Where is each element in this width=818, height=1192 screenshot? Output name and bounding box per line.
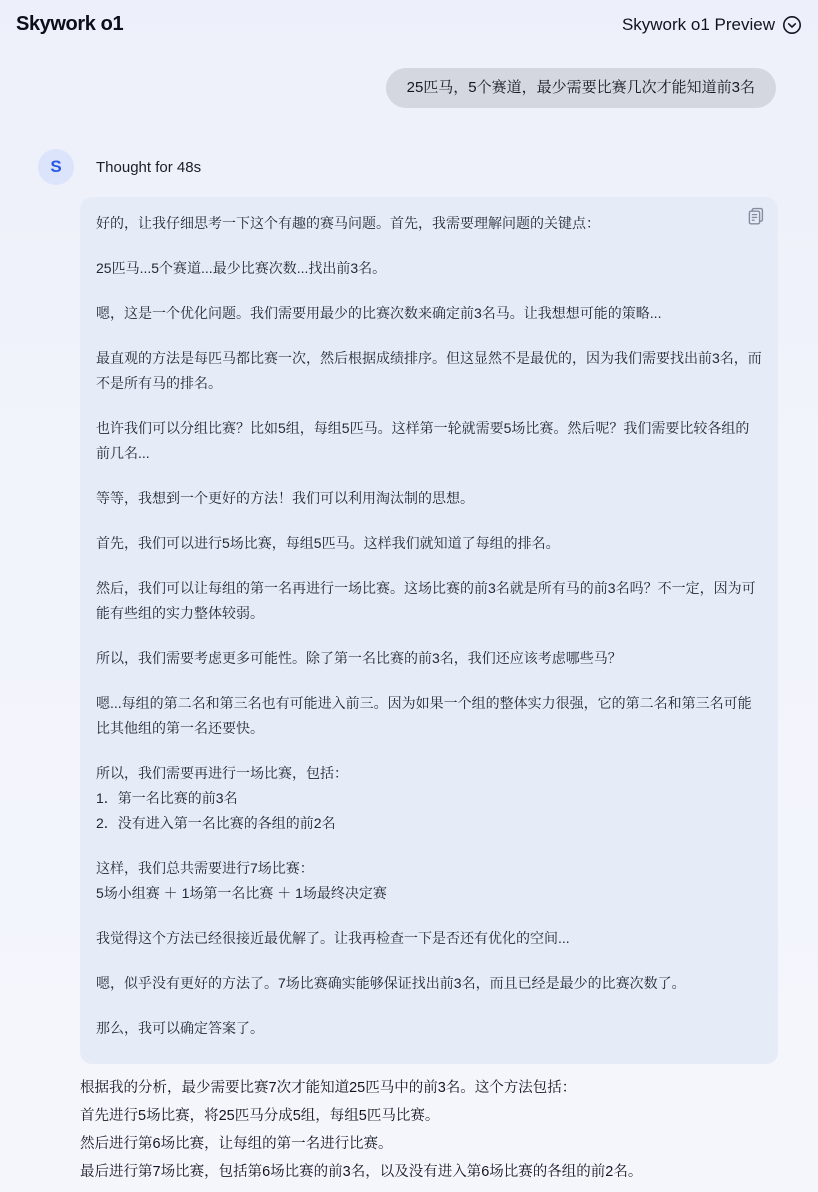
- thinking-line: 嗯...每组的第二名和第三名也有可能进入前三。因为如果一个组的整体实力很强，它的…: [96, 691, 762, 741]
- thinking-paragraph: 嗯...每组的第二名和第三名也有可能进入前三。因为如果一个组的整体实力很强，它的…: [96, 691, 762, 741]
- app-title: Skywork o1: [16, 13, 123, 36]
- thought-duration-label: Thought for 48s: [96, 159, 201, 176]
- thinking-line: 所以，我们需要再进行一场比赛，包括：: [96, 761, 762, 786]
- thinking-paragraph: 也许我们可以分组比赛？比如5组，每组5匹马。这样第一轮就需要5场比赛。然后呢？我…: [96, 416, 762, 466]
- answer-line: 根据我的分析，最少需要比赛7次才能知道25匹马中的前3名。这个方法包括：: [80, 1076, 780, 1101]
- thinking-paragraph: 嗯，这是一个优化问题。我们需要用最少的比赛次数来确定前3名马。让我想想可能的策略…: [96, 301, 762, 326]
- thinking-paragraph: 那么，我可以确定答案了。: [96, 1016, 762, 1041]
- thinking-paragraph: 所以，我们需要再进行一场比赛，包括：1．第一名比赛的前3名2．没有进入第一名比赛…: [96, 761, 762, 836]
- thinking-line: 首先，我们可以进行5场比赛，每组5匹马。这样我们就知道了每组的排名。: [96, 531, 762, 556]
- model-selector[interactable]: Skywork o1 Preview: [622, 15, 802, 35]
- chat-page: Skywork o1 Skywork o1 Preview 25匹马，5个赛道，…: [0, 0, 818, 1192]
- app-header: Skywork o1 Skywork o1 Preview: [0, 0, 818, 40]
- thinking-paragraph: 嗯，似乎没有更好的方法了。7场比赛确实能够保证找出前3名，而且已经是最少的比赛次…: [96, 971, 762, 996]
- thinking-paragraph: 首先，我们可以进行5场比赛，每组5匹马。这样我们就知道了每组的排名。: [96, 531, 762, 556]
- answer-line: 然后进行第6场比赛，让每组的第一名进行比赛。: [80, 1132, 780, 1157]
- thinking-line: 25匹马...5个赛道...最少比赛次数...找出前3名。: [96, 256, 762, 281]
- thinking-line: 也许我们可以分组比赛？比如5组，每组5匹马。这样第一轮就需要5场比赛。然后呢？我…: [96, 416, 762, 466]
- assistant-avatar-letter: S: [50, 157, 61, 177]
- thinking-paragraph: 所以，我们需要考虑更多可能性。除了第一名比赛的前3名，我们还应该考虑哪些马？: [96, 646, 762, 671]
- thinking-line: 2．没有进入第一名比赛的各组的前2名: [96, 811, 762, 836]
- thinking-line: 最直观的方法是每匹马都比赛一次，然后根据成绩排序。但这显然不是最优的，因为我们需…: [96, 346, 762, 396]
- answer-line: 最后进行第7场比赛，包括第6场比赛的前3名，以及没有进入第6场比赛的各组的前2名…: [80, 1160, 780, 1185]
- thinking-content: 好的，让我仔细思考一下这个有趣的赛马问题。首先，我需要理解问题的关键点：25匹马…: [96, 211, 762, 1041]
- thinking-paragraph: 25匹马...5个赛道...最少比赛次数...找出前3名。: [96, 256, 762, 281]
- thinking-box: 好的，让我仔细思考一下这个有趣的赛马问题。首先，我需要理解问题的关键点：25匹马…: [80, 197, 778, 1064]
- thinking-line: 等等，我想到一个更好的方法！我们可以利用淘汰制的思想。: [96, 486, 762, 511]
- assistant-answer: 根据我的分析，最少需要比赛7次才能知道25匹马中的前3名。这个方法包括：首先进行…: [80, 1076, 780, 1185]
- thinking-paragraph: 然后，我们可以让每组的第一名再进行一场比赛。这场比赛的前3名就是所有马的前3名吗…: [96, 576, 762, 626]
- thinking-line: 所以，我们需要考虑更多可能性。除了第一名比赛的前3名，我们还应该考虑哪些马？: [96, 646, 762, 671]
- user-message-bubble: 25匹马，5个赛道，最少需要比赛几次才能知道前3名: [386, 68, 776, 108]
- thinking-line: 我觉得这个方法已经很接近最优解了。让我再检查一下是否还有优化的空间...: [96, 926, 762, 951]
- thinking-paragraph: 好的，让我仔细思考一下这个有趣的赛马问题。首先，我需要理解问题的关键点：: [96, 211, 762, 236]
- thinking-line: 1．第一名比赛的前3名: [96, 786, 762, 811]
- thinking-line: 然后，我们可以让每组的第一名再进行一场比赛。这场比赛的前3名就是所有马的前3名吗…: [96, 576, 762, 626]
- answer-line: 首先进行5场比赛，将25匹马分成5组，每组5匹马比赛。: [80, 1104, 780, 1129]
- thinking-line: 好的，让我仔细思考一下这个有趣的赛马问题。首先，我需要理解问题的关键点：: [96, 211, 762, 236]
- thinking-paragraph: 等等，我想到一个更好的方法！我们可以利用淘汰制的思想。: [96, 486, 762, 511]
- chevron-down-circle-icon[interactable]: [782, 15, 802, 35]
- thinking-line: 那么，我可以确定答案了。: [96, 1016, 762, 1041]
- user-message-row: 25匹马，5个赛道，最少需要比赛几次才能知道前3名: [0, 68, 776, 108]
- thinking-line: 嗯，似乎没有更好的方法了。7场比赛确实能够保证找出前3名，而且已经是最少的比赛次…: [96, 971, 762, 996]
- thinking-line: 这样，我们总共需要进行7场比赛：: [96, 856, 762, 881]
- thinking-paragraph: 最直观的方法是每匹马都比赛一次，然后根据成绩排序。但这显然不是最优的，因为我们需…: [96, 346, 762, 396]
- copy-icon[interactable]: [745, 205, 767, 227]
- thinking-line: 5场小组赛 ＋ 1场第一名比赛 ＋ 1场最终决定赛: [96, 881, 762, 906]
- assistant-header-row: S Thought for 48s: [38, 149, 818, 185]
- thinking-paragraph: 我觉得这个方法已经很接近最优解了。让我再检查一下是否还有优化的空间...: [96, 926, 762, 951]
- model-selector-label: Skywork o1 Preview: [622, 15, 775, 35]
- thinking-line: 嗯，这是一个优化问题。我们需要用最少的比赛次数来确定前3名马。让我想想可能的策略…: [96, 301, 762, 326]
- thinking-paragraph: 这样，我们总共需要进行7场比赛：5场小组赛 ＋ 1场第一名比赛 ＋ 1场最终决定…: [96, 856, 762, 906]
- assistant-avatar: S: [38, 149, 74, 185]
